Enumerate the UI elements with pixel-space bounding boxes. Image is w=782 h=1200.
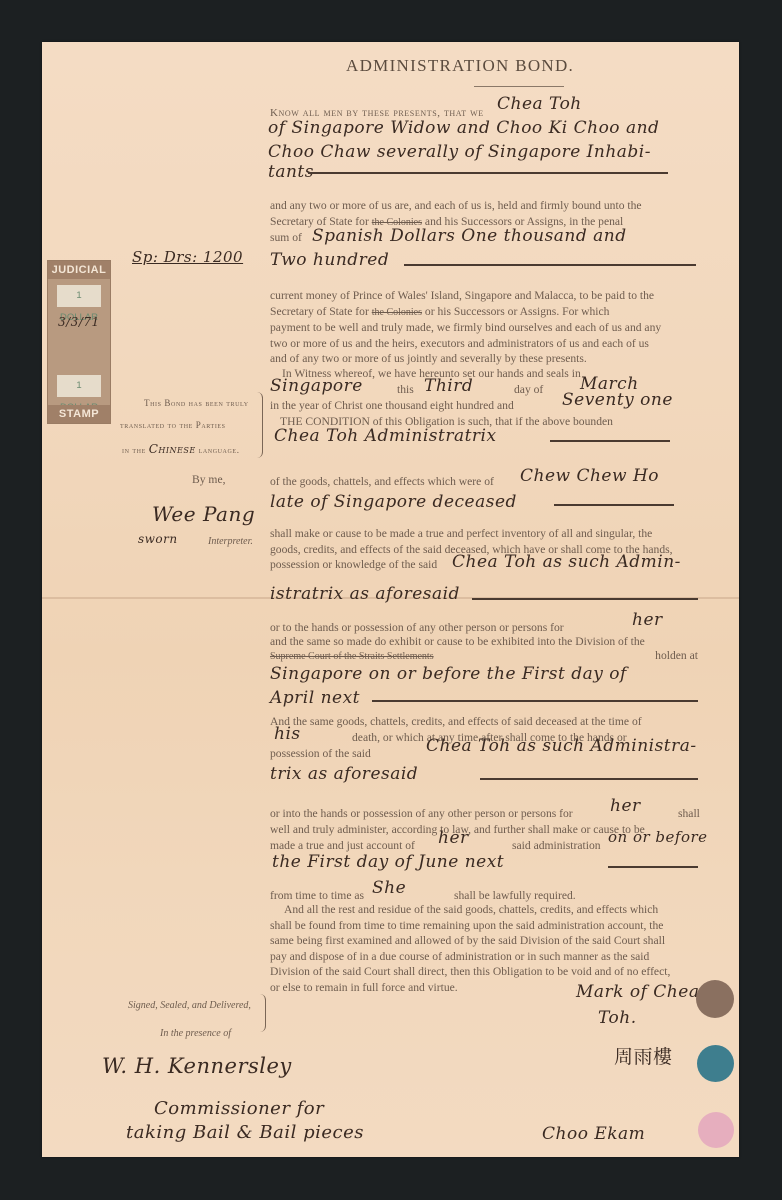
witness-day-of: day of [514,382,543,398]
goods-her: her [610,796,641,816]
brown-seal [696,980,734,1018]
in-presence-of: In the presence of [160,1028,231,1039]
witness-year: Seventy one [562,390,673,410]
translation-line-1: This Bond has been truly [144,398,249,408]
goods-on-or-before: on or before [608,828,708,846]
sum-handwritten-1: Spanish Dollars One thousand and [312,226,627,246]
mark-of-signature-2: Toh. [598,1008,637,1028]
sum-note: Sp: Drs: 1200 [132,248,243,266]
goods-his: his [274,724,301,744]
goods-line-4: or into the hands or possession of any o… [270,806,573,822]
goods-hand-3: the First day of June next [272,852,504,872]
goods-shall: shall [678,806,700,822]
fill-rule [472,598,698,600]
inventory-hand-4: April next [270,688,360,708]
inventory-hand-3: Singapore on or before the First day of [270,664,627,684]
signed-sealed: Signed, Sealed, and Delivered, [128,1000,251,1011]
witness-title-2: taking Bail & Bail pieces [126,1122,364,1143]
bond-document: ADMINISTRATION BOND. Know all men by the… [42,42,739,1157]
deceased-detail: late of Singapore deceased [270,492,517,512]
sum-handwritten-2: Two hundred [270,250,389,270]
bound-line-1: and any two or more of us are, and each … [270,198,698,214]
goods-line-3: possession of the said [270,746,371,762]
fill-rule [480,778,698,780]
stamp-cancel: 3/3/71 [58,315,100,329]
judicial-stamp: JUDICIAL 1 DOLLAR 3/3/71 1 DOLLAR STAMP [47,260,111,424]
fill-rule [608,866,698,868]
goods-line-1: And the same goods, chattels, credits, a… [270,714,698,730]
fill-rule [308,172,668,174]
translation-line-2: translated to the Parties [120,420,226,430]
witness-place: Singapore [270,376,363,396]
goods-hand-2: trix as aforesaid [270,764,418,784]
third-signature: Choo Ekam [542,1124,645,1144]
stamp-top: JUDICIAL [48,261,110,279]
goods-said-admin: said administration [512,838,601,854]
fill-rule [554,504,674,506]
party-line-2: of Singapore Widow and Choo Ki Choo and [268,118,659,138]
fill-rule [372,700,698,702]
fill-rule [550,440,670,442]
chinese-signature: 周雨樓 [614,1042,673,1069]
fill-rule [404,264,696,266]
goods-hand-1: Chea Toh as such Administra- [426,736,697,756]
stamp-bottom: STAMP [48,405,110,423]
stamp-value-1: 1 DOLLAR [57,285,101,307]
sworn-hand: sworn [138,532,178,546]
goods-she: She [372,878,406,898]
witness-this: this [397,382,414,398]
inventory-line-6: Supreme Court of the Straits Settlements… [270,648,698,665]
administratrix-name: Chea Toh Administratrix [274,426,497,446]
witness-signature: W. H. Kennersley [102,1054,292,1078]
mark-of-signature: Mark of Chea [576,982,699,1002]
execution-brace [260,994,266,1032]
witness-title-1: Commissioner for [154,1098,324,1119]
blue-seal [697,1045,734,1082]
deceased-name: Chew Chew Ho [520,466,659,486]
interpreter-signature: Wee Pang [152,502,255,526]
translation-line-3: in the Chinese language. [122,442,240,456]
interpreter-role: Interpreter. [208,536,253,547]
inventory-hand-1: Chea Toh as such Admin- [452,552,681,572]
by-me: By me, [192,472,226,488]
document-title: ADMINISTRATION BOND. [346,56,574,76]
pink-seal [698,1112,734,1148]
party-line-3: Choo Chaw severally of Singapore Inhabi- [268,142,651,162]
inventory-hand-2: istratrix as aforesaid [270,584,460,604]
title-divider [474,86,564,87]
witness-year-line: in the year of Christ one thousand eight… [270,398,514,414]
witness-day: Third [424,376,473,396]
stamp-value-2: 1 DOLLAR [57,375,101,397]
translation-brace [256,392,263,458]
inventory-her: her [632,610,663,630]
goods-her-2: her [438,828,469,848]
currency-paragraph: current money of Prince of Wales' Island… [270,288,698,367]
goods-of-line: of the goods, chattels, and effects whic… [270,474,494,490]
party-name: Chea Toh [497,94,582,114]
